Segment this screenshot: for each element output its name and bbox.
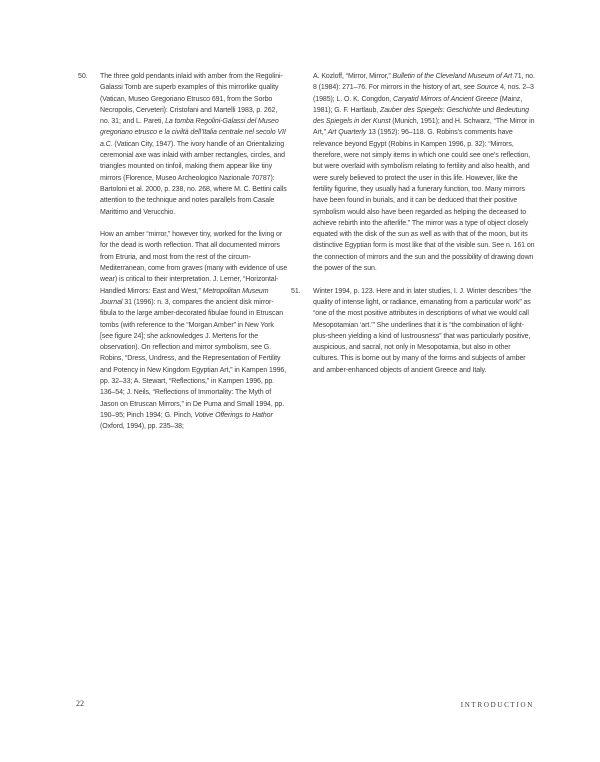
note-continuation: A. Kozloff, “Mirror, Mirror,” Bulletin o… — [291, 71, 535, 274]
note-51: 51.Winter 1994, p. 123. Here and in late… — [291, 286, 535, 376]
note-paragraph: Winter 1994, p. 123. Here and in later s… — [313, 286, 535, 376]
note-text: Winter 1994, p. 123. Here and in later s… — [313, 286, 535, 376]
note-number — [291, 71, 313, 274]
note-text: A. Kozloff, “Mirror, Mirror,” Bulletin o… — [313, 71, 535, 274]
page-number: 22 — [76, 699, 84, 708]
notes-column-left: 50.The three gold pendants inlaid with a… — [78, 71, 288, 444]
note-50: 50.The three gold pendants inlaid with a… — [78, 71, 288, 433]
note-paragraph: A. Kozloff, “Mirror, Mirror,” Bulletin o… — [313, 71, 535, 274]
document-page: 50.The three gold pendants inlaid with a… — [0, 0, 600, 762]
note-number: 50. — [78, 71, 100, 433]
note-paragraph: How an amber “mirror,” however tiny, wor… — [100, 229, 288, 432]
running-head: INTRODUCTION — [461, 701, 534, 709]
notes-column-right: A. Kozloff, “Mirror, Mirror,” Bulletin o… — [291, 71, 535, 387]
note-paragraph: The three gold pendants inlaid with ambe… — [100, 71, 288, 218]
note-number: 51. — [291, 286, 313, 376]
note-text: The three gold pendants inlaid with ambe… — [100, 71, 288, 433]
